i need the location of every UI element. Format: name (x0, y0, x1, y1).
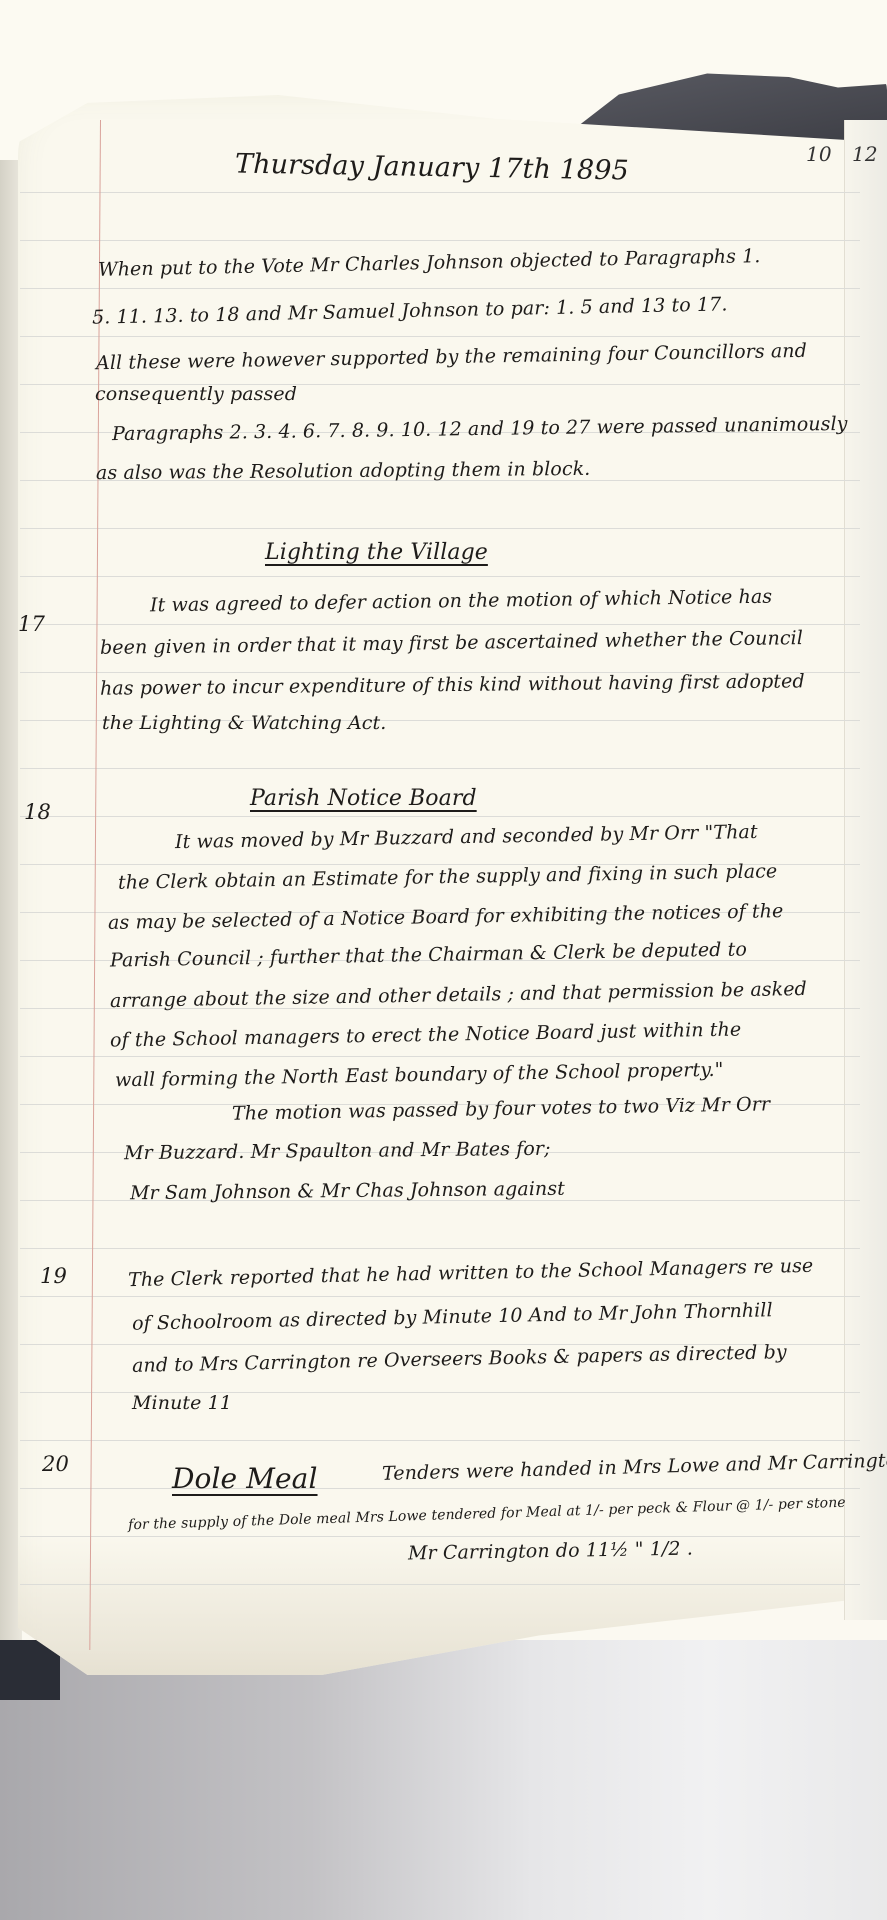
page-stack-edge (844, 120, 887, 1620)
page-number-right: 12 (852, 142, 878, 166)
minute-heading: Parish Notice Board (250, 786, 477, 811)
text-line: the Lighting & Watching Act. (102, 712, 386, 734)
text-line: consequently passed (95, 383, 297, 405)
minute-number: 17 (18, 612, 45, 636)
minute-number: 18 (24, 800, 51, 824)
text-line: as also was the Resolution adopting them… (96, 458, 591, 484)
minute-heading: Lighting the Village (265, 540, 488, 565)
minute-number: 20 (42, 1452, 69, 1476)
text-line: Mr Sam Johnson & Mr Chas Johnson against (130, 1178, 565, 1205)
minute-heading: Dole Meal (172, 1462, 318, 1495)
minute-number: 19 (40, 1264, 67, 1288)
text-line: Mr Buzzard. Mr Spaulton and Mr Bates for… (124, 1138, 551, 1164)
white-cloth-backdrop (0, 1640, 887, 1920)
text-line: Minute 11 (132, 1392, 232, 1414)
page-number-left: 10 (806, 142, 832, 166)
